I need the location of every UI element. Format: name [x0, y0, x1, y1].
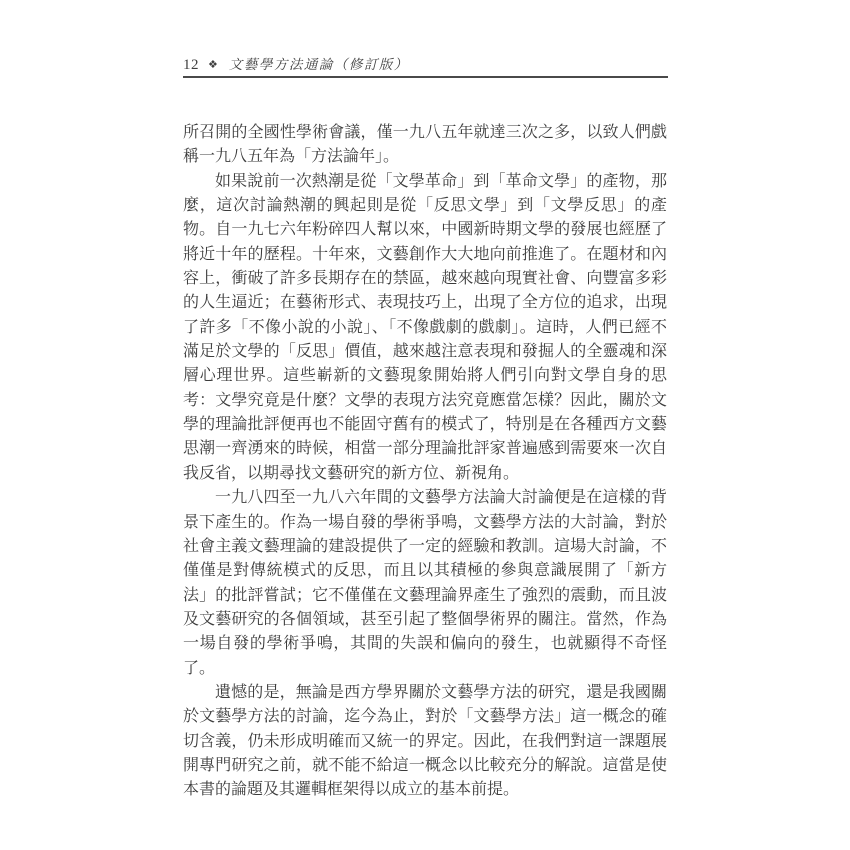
- paragraph: 如果說前一次熱潮是從「文學革命」到「革命文學」的產物，那麼，這次討論熱潮的興起則…: [183, 170, 667, 486]
- running-head-book-title: 文藝學方法通論（修訂版）: [229, 53, 409, 73]
- paragraph-continuation: 所召開的全國性學術會議，僅一九八五年就達三次之多，以致人們戲稱一九八五年為「方法…: [183, 121, 667, 170]
- paragraph: 一九八四至一九八六年間的文藝學方法論大討論便是在這樣的背景下產生的。作為一場自發…: [183, 486, 667, 681]
- diamond-ornament-icon: ❖: [208, 58, 218, 71]
- paragraph: 遺憾的是，無論是西方學界關於文藝學方法的研究，還是我國關於文藝學方法的討論，迄今…: [183, 681, 667, 803]
- page-body: 所召開的全國性學術會議，僅一九八五年就達三次之多，以致人們戲稱一九八五年為「方法…: [183, 121, 667, 803]
- page-number: 12: [183, 57, 199, 74]
- header-divider: [183, 76, 668, 78]
- book-page: 12 ❖ 文藝學方法通論（修訂版） 所召開的全國性學術會議，僅一九八五年就達三次…: [0, 0, 850, 850]
- running-head: 12 ❖ 文藝學方法通論（修訂版）: [183, 53, 668, 74]
